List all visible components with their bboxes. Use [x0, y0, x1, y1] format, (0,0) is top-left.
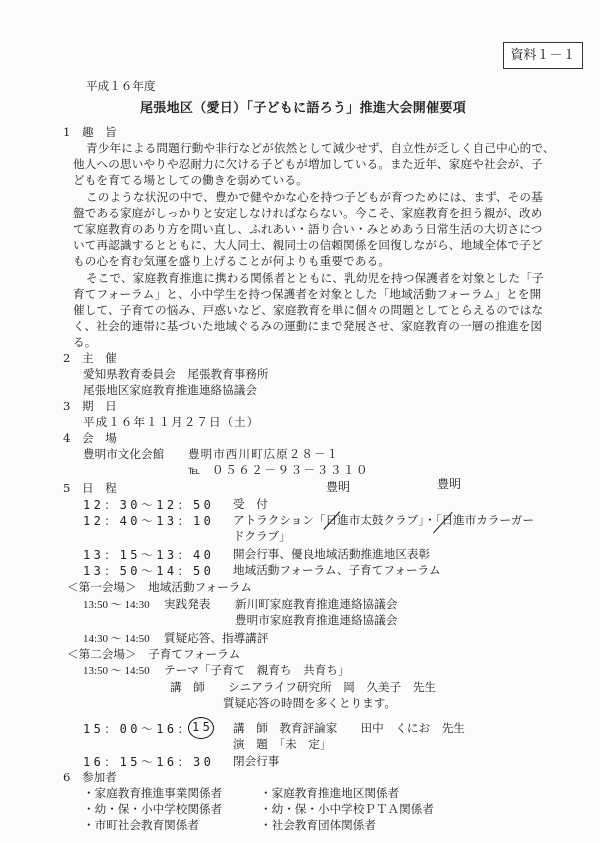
venue2-label: ＜第二会場＞ 子育てフォーラム: [67, 646, 240, 662]
venue-tel: ０５６２－９３－３３１０: [212, 462, 369, 478]
purpose-line: このような状況の中で、豊かで健やかな心を持つ子どもが育つためには、まず、その基: [86, 189, 543, 205]
section-purpose-heading: 1 趣 旨: [63, 124, 117, 140]
lecture-time: 15：00～16：: [83, 720, 193, 737]
handwritten-correction: 豊明: [326, 478, 350, 495]
schedule-desc: 受 付: [233, 496, 268, 512]
event-date: 平成１６年１１月２７日（土）: [83, 414, 259, 430]
section-date-heading: 3 期 日: [63, 398, 117, 414]
document-title: 尾張地区（愛日）「子どもに語ろう」推進大会開催要項: [140, 97, 466, 116]
purpose-line: て家庭教育のあり方を問い直し、ふれあい・語り合い・みとめあう日常生活の大切さにつ: [73, 221, 543, 237]
purpose-line: 育てフォーラム」と、小中学生を持つ保護者を対象とした「地域活動フォーラム」とを開: [73, 286, 541, 302]
participant-item: ・家庭教育推進事業関係者: [83, 785, 222, 801]
closing-desc: 閉会行事: [233, 753, 279, 769]
purpose-line: もの心を育む気運を盛り上げることが何よりも重要である。: [73, 253, 390, 269]
organizer-line: 尾張地区家庭教育推進連絡協議会: [83, 382, 257, 398]
purpose-line: く、社会的連帯に基づいた地域ぐるみの運動にまで発展させ、家庭教育の一層の推進を図: [73, 318, 542, 334]
participant-item: ・幼・保・小中学校ＰＴＡ関係者: [260, 801, 434, 817]
schedule-desc-cont: ドクラブ」: [233, 528, 291, 544]
section-venue-heading: 4 会 場: [63, 430, 117, 446]
handwritten-circle: [188, 717, 214, 739]
purpose-line: 盤である家庭がしっかりと安定しなければならない。今こそ、家庭教育を担う親が、改め: [73, 205, 543, 221]
venue-address: 豊明市西川町広原２８－１: [188, 446, 339, 462]
venue1-label: ＜第一会場＞ 地域活動フォーラム: [67, 579, 252, 595]
section-schedule-heading: 5 日 程: [63, 480, 117, 496]
lecture-lecturer: 講 師 教育評論家 田中 くにお 先生: [233, 720, 465, 736]
section-organizer-heading: 2 主 催: [63, 350, 117, 366]
schedule-desc: 地域活動フォーラム、子育てフォーラム: [233, 562, 441, 578]
tel-label: ℡: [188, 462, 200, 478]
venue1-label-practice: 実践発表: [164, 596, 210, 612]
venue2-theme: テーマ「子育て 親育ち 共育ち」: [164, 662, 350, 678]
venue1-presenter: 新川町家庭教育推進連絡協議会: [235, 596, 397, 612]
participant-item: ・社会教育団体関係者: [260, 817, 376, 833]
fiscal-year: 平成１６年度: [86, 78, 156, 94]
venue2-note: 質疑応答の時間を多くとります。: [223, 695, 396, 711]
participant-item: ・家庭教育推進地区関係者: [260, 785, 399, 801]
participant-item: ・幼・保・小中学校関係者: [83, 801, 222, 817]
handwritten-correction: 豊明: [437, 475, 461, 492]
purpose-line: 他人への思いやりや忍耐力に欠ける子どもが増加している。また近年、家庭や社会が、子: [73, 156, 543, 172]
schedule-time: 12：40～13：10: [83, 512, 214, 529]
purpose-line: どもを育てる場としての働きを弱めている。: [73, 172, 308, 188]
participant-item: ・市町社会教育関係者: [83, 817, 199, 833]
venue2-time: 13:50 ～ 14:50: [83, 662, 150, 678]
lecture-topic: 演 題 「未 定」: [233, 736, 332, 752]
closing-time: 16：15～16：30: [83, 753, 214, 770]
purpose-line: 青少年による問題行動や非行などが依然として減少せず、自立性が乏しく自己中心的で、: [86, 140, 555, 156]
venue-name: 豊明市文化会館: [83, 446, 164, 462]
reference-label-box: 資料１－１: [503, 42, 583, 69]
venue1-qa: 質疑応答、指導講評: [164, 630, 268, 646]
schedule-time: 12：30～12：50: [83, 496, 214, 513]
section-participants-heading: 6 参加者: [63, 769, 117, 785]
venue1-time: 14:30 ～ 14:50: [83, 630, 150, 646]
schedule-desc: アトラクション「日進市太鼓クラブ」・「日進市カラーガー: [233, 512, 534, 528]
venue2-lecturer: 講 師 シニアライフ研究所 岡 久美子 先生: [170, 679, 436, 695]
purpose-line: いて再認識するとともに、大人同士、親同士の信頼関係を回復しながら、地域全体で子ど: [73, 237, 543, 253]
purpose-line: 催して、子育ての悩み、戸惑いなど、家庭教育を単に個々の問題としてとらえるのではな: [73, 302, 543, 318]
purpose-line: そこで、家庭教育推進に携わる関係者とともに、乳幼児を持つ保護者を対象とした「子: [86, 270, 544, 286]
organizer-line: 愛知県教育委員会 尾張教育事務所: [83, 366, 269, 382]
venue1-presenter: 豊明市家庭教育推進連絡協議会: [235, 612, 397, 628]
schedule-time: 13：50～14：50: [83, 562, 214, 579]
schedule-desc: 開会行事、優良地域活動推進地区表彰: [233, 546, 430, 562]
schedule-time: 13：15～13：40: [83, 546, 214, 563]
venue1-time: 13:50 ～ 14:30: [83, 596, 150, 612]
purpose-line: る。: [73, 334, 97, 350]
